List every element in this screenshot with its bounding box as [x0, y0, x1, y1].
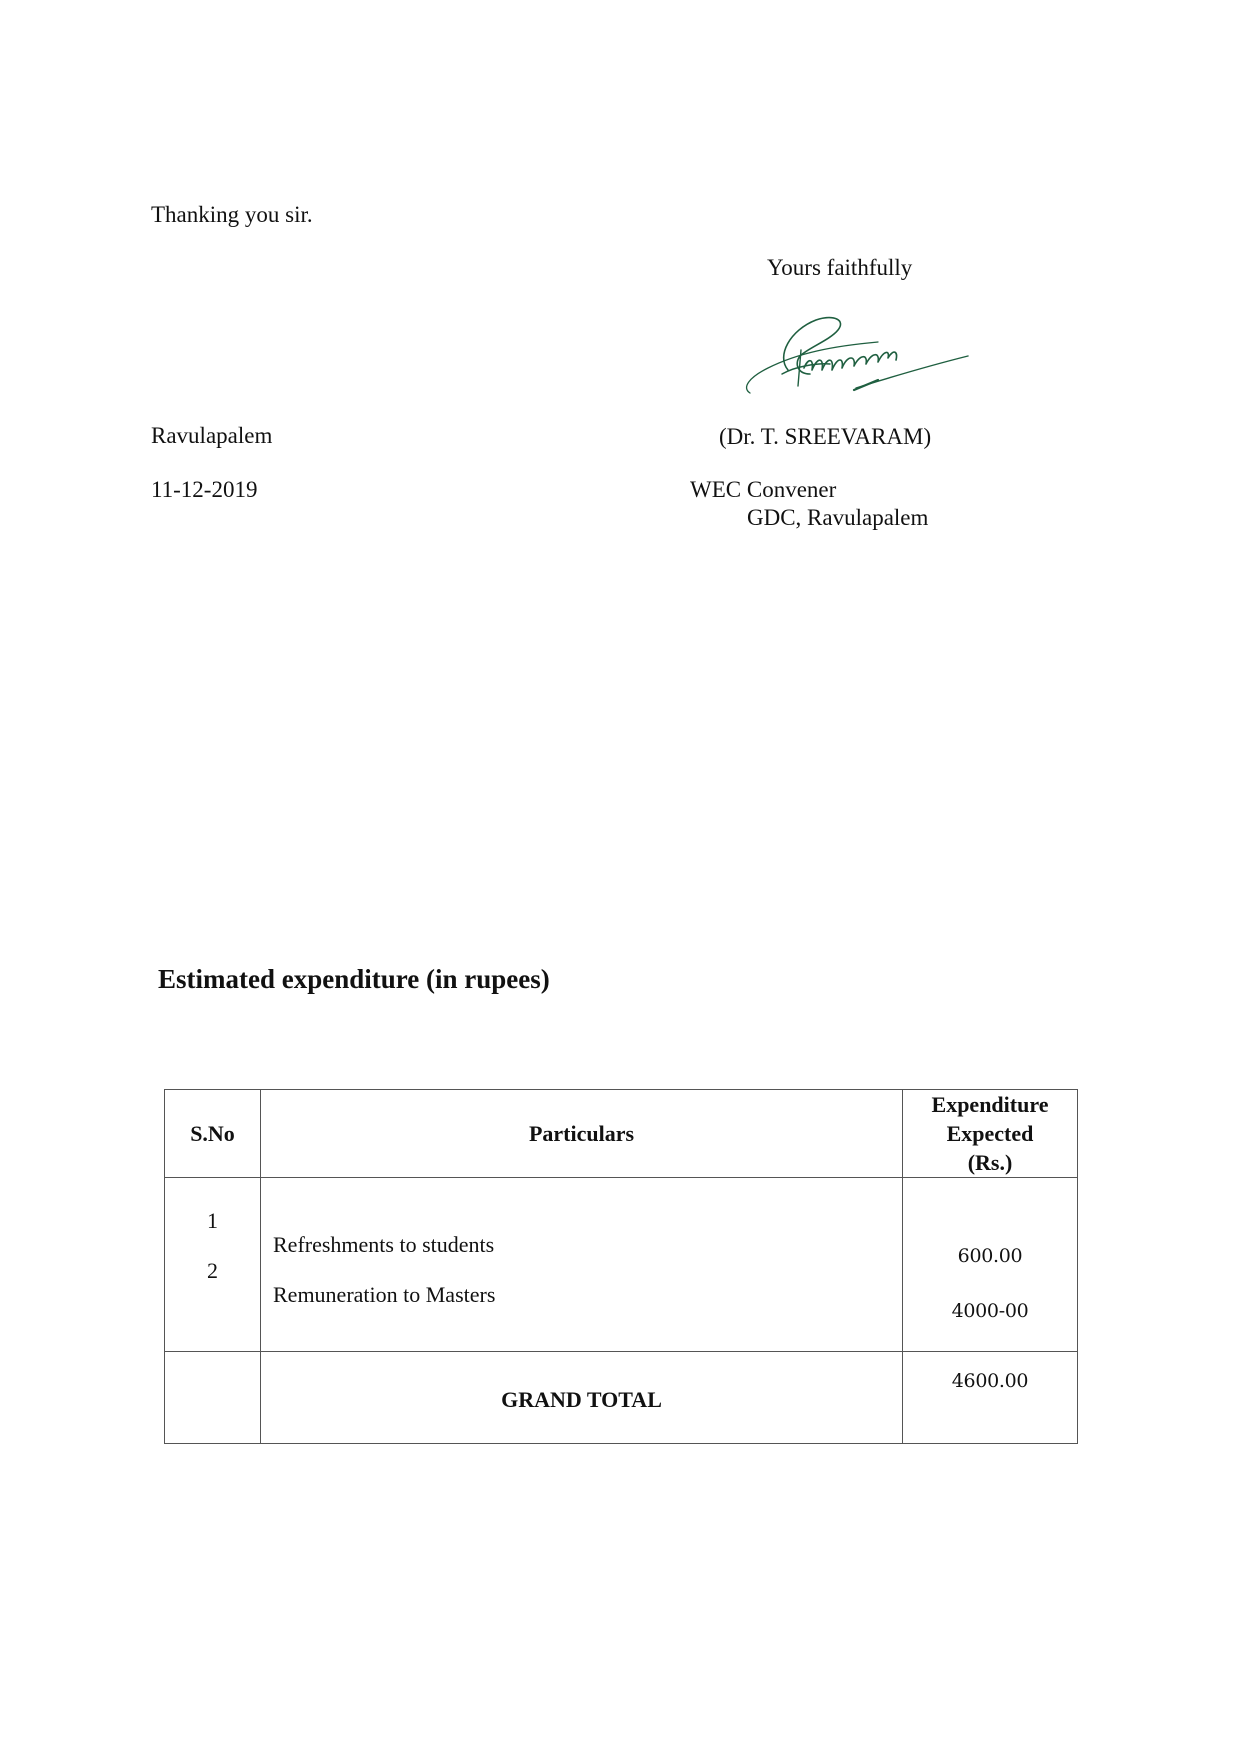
expenditure-table: S.No Particulars Expenditure Expected (R…: [164, 1089, 1078, 1444]
table-row: 1 2 Refreshments to students Remuneratio…: [165, 1178, 1078, 1352]
thanks-line: Thanking you sir.: [151, 203, 313, 226]
place: Ravulapalem: [151, 424, 272, 447]
header-expenditure: Expenditure Expected (Rs.): [903, 1090, 1078, 1178]
date: 11-12-2019: [151, 478, 257, 501]
header-sno: S.No: [165, 1090, 261, 1178]
total-label-cell: GRAND TOTAL: [261, 1352, 903, 1444]
grand-total-row: GRAND TOTAL 4600.00: [165, 1352, 1078, 1444]
expenditure-heading: Estimated expenditure (in rupees): [158, 966, 550, 993]
particulars-cell: Refreshments to students Remuneration to…: [261, 1178, 903, 1352]
amount-cell: 600.00 4000-00: [903, 1178, 1078, 1352]
row-2-particular: Remuneration to Masters: [273, 1284, 495, 1306]
sno-cell: 1 2: [165, 1178, 261, 1352]
grand-total-label: GRAND TOTAL: [261, 1389, 902, 1411]
header-particulars: Particulars: [261, 1090, 903, 1178]
signatory-name: (Dr. T. SREEVARAM): [719, 425, 931, 448]
row-1-amount: 600.00: [903, 1247, 1077, 1266]
total-amount-cell: 4600.00: [903, 1352, 1078, 1444]
signatory-designation: WEC Convener: [690, 478, 836, 501]
header-expenditure-line-3: (Rs.): [903, 1148, 1077, 1177]
row-1-particular: Refreshments to students: [273, 1234, 494, 1256]
table-header-row: S.No Particulars Expenditure Expected (R…: [165, 1090, 1078, 1178]
signature-icon: [738, 308, 970, 400]
complimentary-close: Yours faithfully: [767, 256, 912, 279]
signature-strokes: [747, 318, 968, 393]
row-1-sno: 1: [165, 1210, 260, 1232]
row-2-sno: 2: [165, 1260, 260, 1282]
header-expenditure-line-1: Expenditure: [903, 1090, 1077, 1119]
row-2-amount: 4000-00: [903, 1302, 1077, 1321]
total-sno-cell: [165, 1352, 261, 1444]
header-expenditure-line-2: Expected: [903, 1119, 1077, 1148]
signatory-institution: GDC, Ravulapalem: [747, 506, 928, 529]
grand-total-amount: 4600.00: [903, 1372, 1077, 1391]
